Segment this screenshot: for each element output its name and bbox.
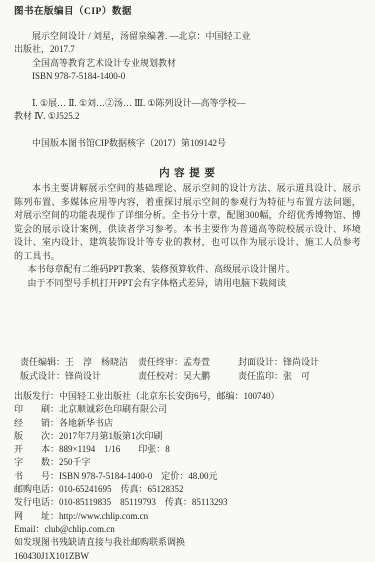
credit-layout-design: 版式设计：锋尚设计 xyxy=(20,370,138,384)
imprint-isbn-price: 书 号：ISBN 978-7-5184-1400-0 定价：48.00元 xyxy=(14,470,361,483)
abstract-note1: 本书每章配有二维码PPT教案、装修预算软件、高级展示设计图片。 xyxy=(14,263,361,277)
cip-entry-line2: 出版社，2017.7 xyxy=(14,43,361,57)
abstract-note2: 由于不同型号手机打开PPT会有字体格式差异，请用电脑下载阅读 xyxy=(14,277,361,291)
imprint-format: 开 本：889×1194 1/16 印张：8 xyxy=(14,443,361,456)
imprint-email: Email：club@chlip.com.cn xyxy=(14,523,361,536)
cip-entry-line1: 展示空间设计 / 刘星，汤留泉编著. —北京：中国轻工业 xyxy=(14,30,361,44)
imprint-word-count: 字 数：250千字 xyxy=(14,456,361,469)
imprint-distributor: 经 销：各地新华书店 xyxy=(14,417,361,430)
imprint-printer: 印 刷：北京顺诚彩色印刷有限公司 xyxy=(14,403,361,416)
colophon-page: 图书在版编目（CIP）数据 展示空间设计 / 刘星，汤留泉编著. —北京：中国轻… xyxy=(0,0,375,562)
abstract-body: 本书主要讲解展示空间的基础理论、展示空间的设计方法、展示道具设计、展示陈列布置、… xyxy=(14,182,361,263)
cip-header: 图书在版编目（CIP）数据 xyxy=(14,6,361,20)
abstract-title: 内 容 提 要 xyxy=(14,167,361,181)
credits-row2: 版式设计：锋尚设计 责任校对：吴大鹏 责任监印：张 可 xyxy=(20,370,361,384)
editorial-credits: 责任编辑：王 淳 杨晓洁 责任终审：孟寿萱 封面设计：锋尚设计 版式设计：锋尚设… xyxy=(20,356,361,383)
credit-cover-design: 封面设计：锋尚设计 xyxy=(238,356,361,370)
credits-row1: 责任编辑：王 淳 杨晓洁 责任终审：孟寿萱 封面设计：锋尚设计 xyxy=(20,356,361,370)
cip-record-number: 中国版本图书馆CIP数据核字（2017）第109142号 xyxy=(14,137,361,151)
cip-classification: Ⅰ. ①展… Ⅱ. ①刘…②汤… Ⅲ. ①陈列设计—高等学校— 教材 Ⅳ. ①J… xyxy=(14,97,361,124)
cip-entry: 展示空间设计 / 刘星，汤留泉编著. —北京：中国轻工业 出版社，2017.7 … xyxy=(14,30,361,84)
cip-class-line1: Ⅰ. ①展… Ⅱ. ①刘…②汤… Ⅲ. ①陈列设计—高等学校— xyxy=(14,97,361,111)
imprint-website: 网 址：http://www.chlip.com.cn xyxy=(14,510,361,523)
imprint-block: 出版发行：中国轻工业出版社（北京东长安街6号，邮编：100740） 印 刷：北京… xyxy=(14,390,361,562)
imprint-exchange-notice: 如发现图书残缺请直接与我社邮购联系调换 xyxy=(14,536,361,549)
cip-class-line2: 教材 Ⅳ. ①J525.2 xyxy=(14,110,361,124)
credit-final-reviewer: 责任终审：孟寿萱 xyxy=(138,356,238,370)
cip-series-line: 全国高等教育艺术设计专业规划教材 xyxy=(14,57,361,71)
imprint-edition: 版 次：2017年7月第1版第1次印刷 xyxy=(14,430,361,443)
imprint-sales-phone: 发行电话：010-85119835 85119793 传真：85113293 xyxy=(14,496,361,509)
imprint-product-code: 160430J1X101ZBW xyxy=(14,550,361,562)
imprint-mailorder-phone: 邮购电话：010-65241695 传真：65128352 xyxy=(14,483,361,496)
imprint-publisher: 出版发行：中国轻工业出版社（北京东长安街6号，邮编：100740） xyxy=(14,390,361,403)
cip-isbn-line: ISBN 978-7-5184-1400-0 xyxy=(14,70,361,84)
credit-proofreader: 责任校对：吴大鹏 xyxy=(138,370,238,384)
credit-print-supervisor: 责任监印：张 可 xyxy=(238,370,361,384)
credit-editor: 责任编辑：王 淳 杨晓洁 xyxy=(20,356,138,370)
